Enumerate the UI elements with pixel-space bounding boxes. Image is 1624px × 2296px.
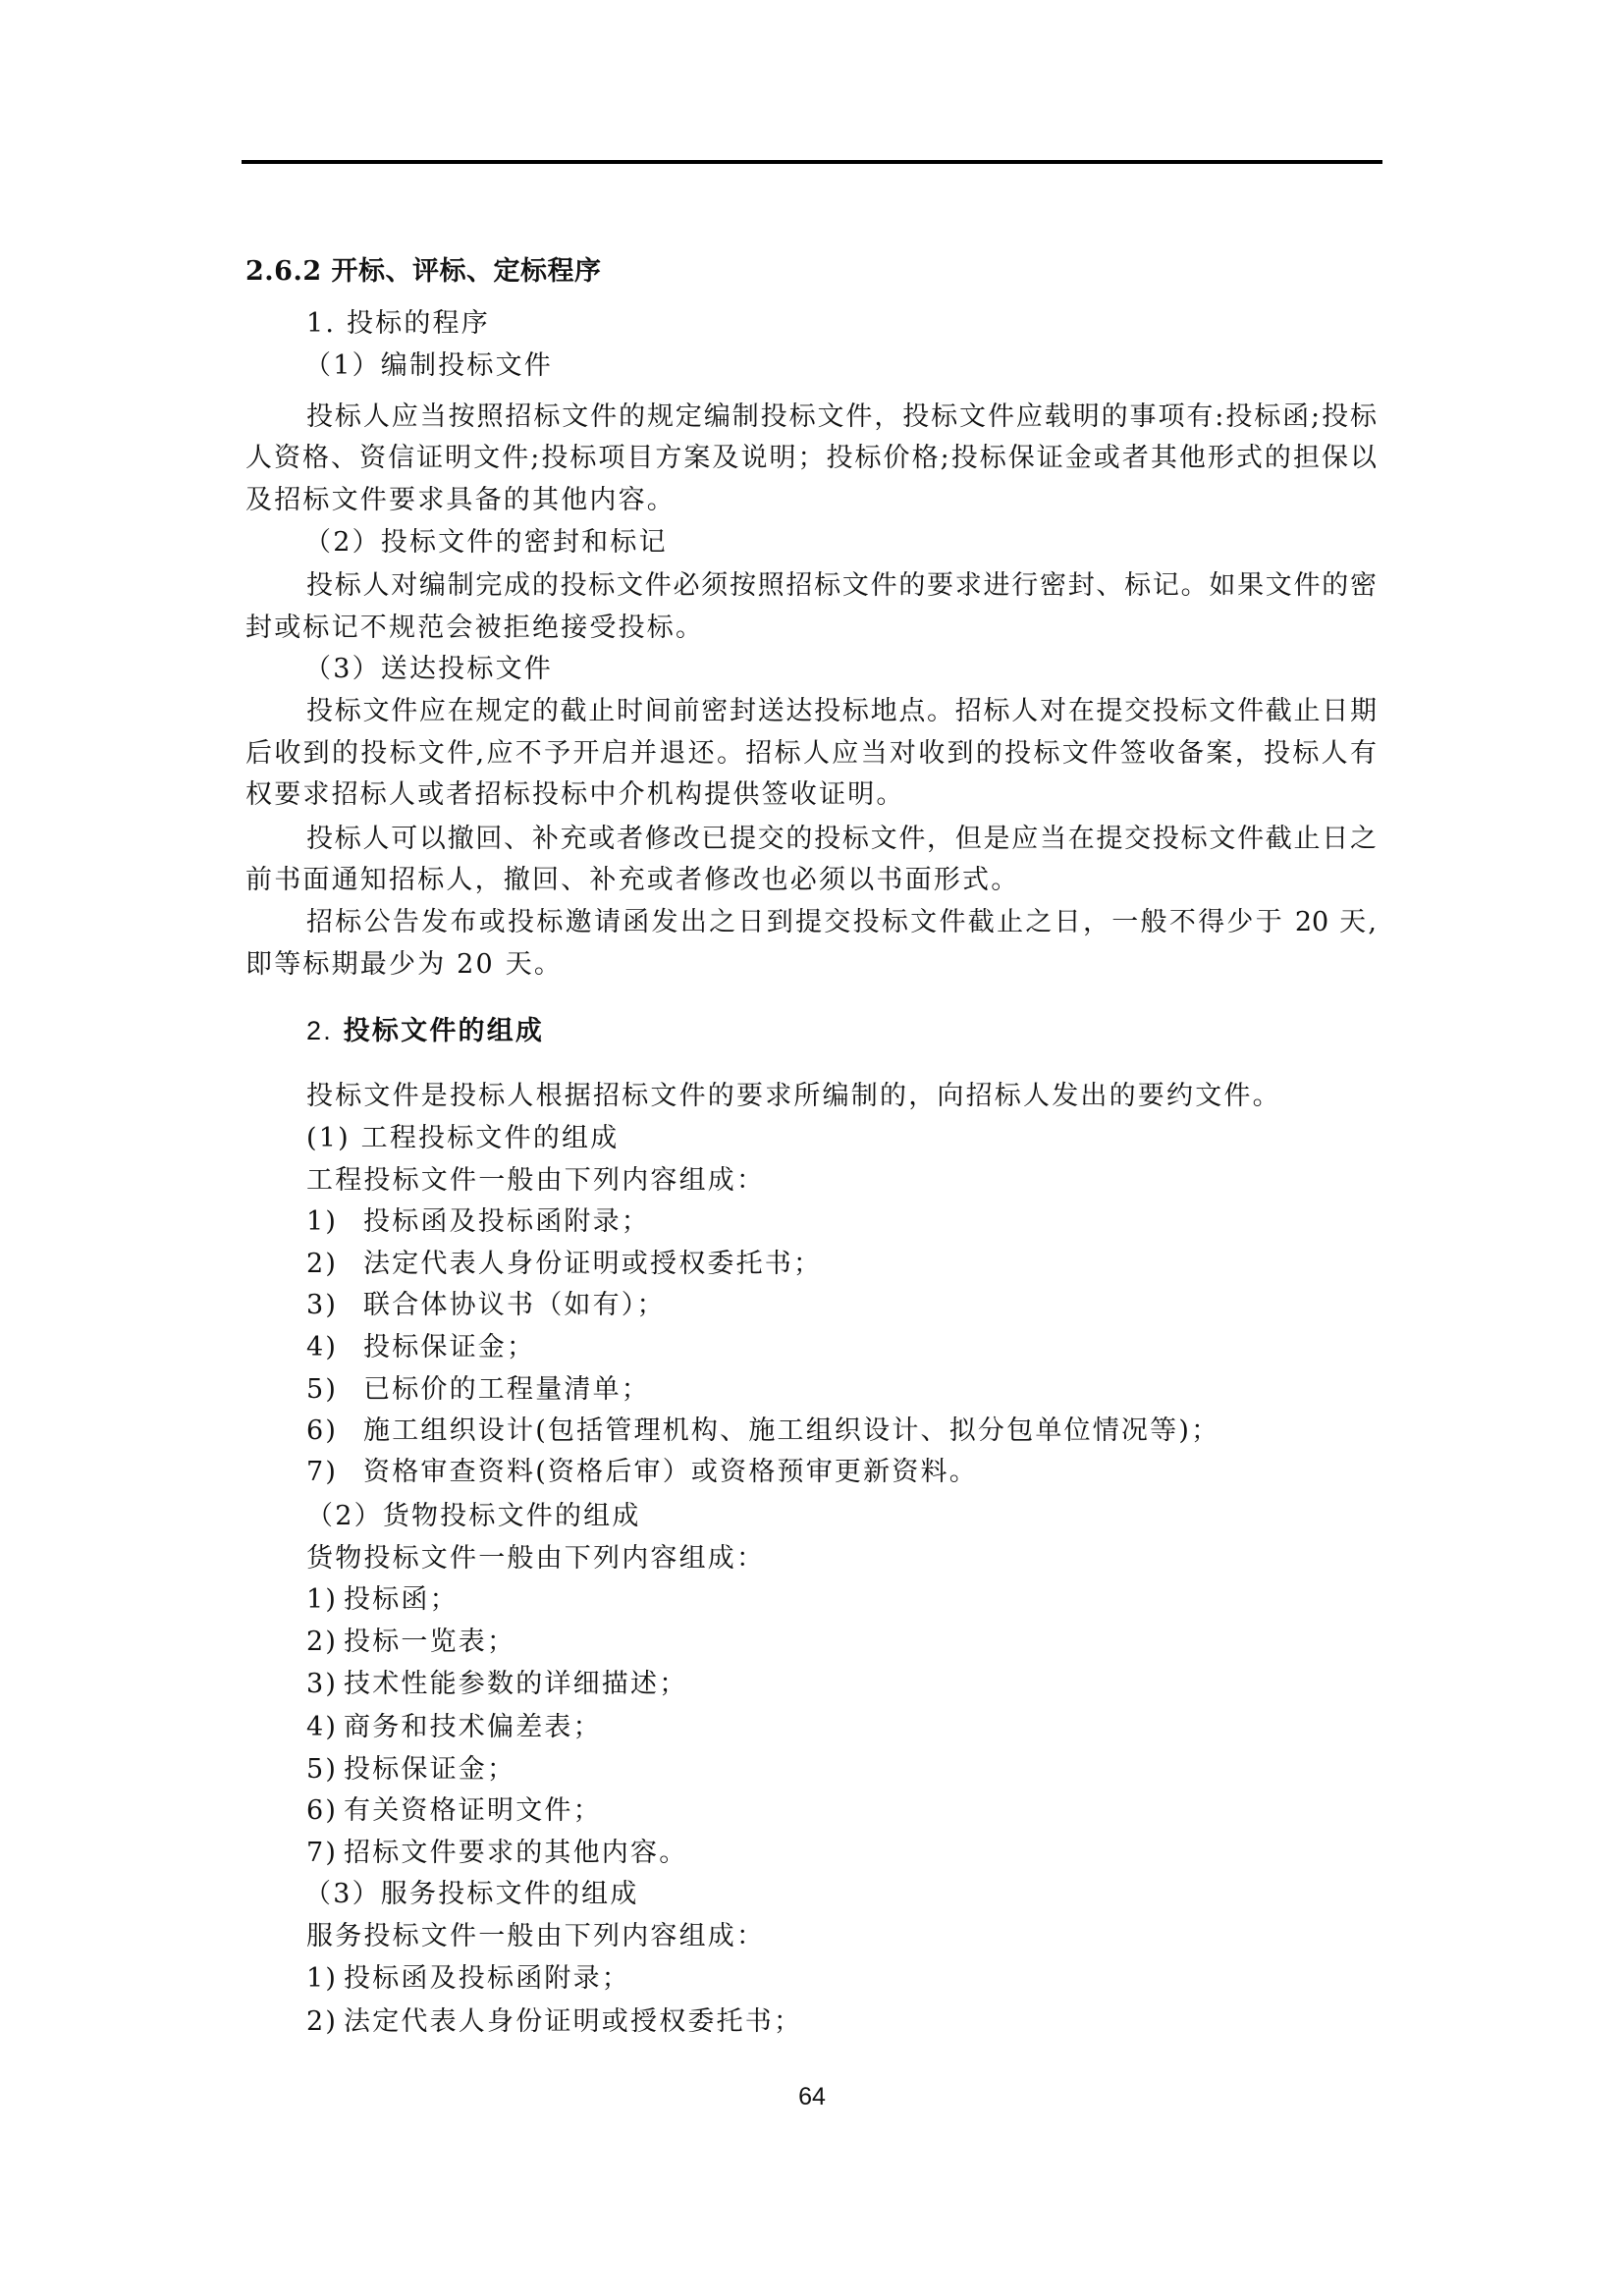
- item-text: 已标价的工程量清单；: [363, 1374, 650, 1405]
- goods-item: 2)投标一览表；: [306, 1627, 515, 1658]
- item-number: 3): [306, 1290, 363, 1321]
- services-lead: 服务投标文件一般由下列内容组成：: [306, 1921, 765, 1952]
- item-text: 资格审查资料(资格后审）或资格预审更新资料。: [363, 1457, 978, 1487]
- goods-lead: 货物投标文件一般由下列内容组成：: [306, 1543, 765, 1575]
- engineering-title: (1) 工程投标文件的组成: [306, 1123, 619, 1154]
- goods-item: 7)招标文件要求的其他内容。: [306, 1838, 687, 1869]
- item-number: 7): [306, 1838, 344, 1869]
- item-number: 2): [306, 2006, 344, 2038]
- sub1-title: （1）编制投标文件: [304, 350, 553, 382]
- item-text: 法定代表人身份证明或授权委托书；: [344, 2006, 802, 2037]
- engineering-item: 3)联合体协议书（如有）；: [306, 1290, 666, 1321]
- sub2-line-1: 投标人对编制完成的投标文件必须按照招标文件的要求进行密封、标记。如果文件的密: [306, 570, 1377, 602]
- engineering-item: 5)已标价的工程量清单；: [306, 1374, 650, 1406]
- sub1-line-1: 投标人应当按照招标文件的规定编制投标文件，投标文件应载明的事项有:投标函;投标: [306, 401, 1377, 433]
- item-text: 投标函；: [344, 1584, 459, 1615]
- part2-title: 2. 投标文件的组成: [306, 1015, 544, 1047]
- sub3-line-5: 前书面通知招标人，撤回、补充或者修改也必须以书面形式。: [245, 865, 1019, 896]
- item-number: 1): [306, 1963, 344, 1995]
- item-number: 5): [306, 1754, 344, 1786]
- item-text: 联合体协议书（如有）；: [363, 1290, 666, 1320]
- item-text: 投标一览表；: [344, 1627, 515, 1657]
- page-number: 64: [0, 2083, 1624, 2111]
- sub1-line-2: 人资格、资信证明文件;投标项目方案及说明；投标价格;投标保证金或者其他形式的担保…: [245, 443, 1377, 474]
- goods-item: 5)投标保证金；: [306, 1754, 515, 1786]
- part2-title-rest: 的组成: [459, 1016, 545, 1046]
- item-text: 商务和技术偏差表；: [344, 1712, 602, 1742]
- item-text: 投标保证金；: [344, 1754, 515, 1785]
- sub3-line-4: 投标人可以撤回、补充或者修改已提交的投标文件，但是应当在提交投标文件截止日之: [306, 824, 1377, 855]
- item-number: 2): [306, 1249, 363, 1280]
- part2-title-bold: 投标文件: [344, 1016, 459, 1046]
- sub2-title: （2）投标文件的密封和标记: [304, 527, 668, 559]
- item-number: 6): [306, 1795, 344, 1827]
- engineering-lead: 工程投标文件一般由下列内容组成：: [306, 1165, 765, 1197]
- item-number: 1): [306, 1584, 344, 1616]
- item-number: 4): [306, 1712, 344, 1743]
- sub3-line-3: 权要求招标人或者招标投标中介机构提供签收证明。: [245, 779, 905, 811]
- item-text: 有关资格证明文件；: [344, 1795, 602, 1826]
- goods-item: 6)有关资格证明文件；: [306, 1795, 602, 1827]
- engineering-item: 1)投标函及投标函附录；: [306, 1206, 650, 1238]
- item-text: 技术性能参数的详细描述；: [344, 1669, 687, 1699]
- goods-item: 3)技术性能参数的详细描述；: [306, 1669, 687, 1700]
- goods-title: （2）货物投标文件的组成: [306, 1501, 641, 1532]
- item-text: 招标文件要求的其他内容。: [344, 1838, 687, 1868]
- item-text: 投标函及投标函附录；: [344, 1963, 630, 1994]
- engineering-item: 2)法定代表人身份证明或授权委托书；: [306, 1249, 822, 1280]
- item-text: 施工组织设计(包括管理机构、施工组织设计、拟分包单位情况等)；: [363, 1415, 1219, 1446]
- item-number: 5): [306, 1374, 363, 1406]
- sub3-line-2: 后收到的投标文件,应不予开启并退还。招标人应当对收到的投标文件签收备案，投标人有: [245, 738, 1377, 770]
- item-text: 法定代表人身份证明或授权委托书；: [363, 1249, 822, 1279]
- item-number: 3): [306, 1669, 344, 1700]
- section-heading: 2.6.2 开标、评标、定标程序: [245, 256, 602, 288]
- item-number: 4): [306, 1332, 363, 1363]
- services-item: 2)法定代表人身份证明或授权委托书；: [306, 2006, 802, 2038]
- item-text: 投标保证金；: [363, 1332, 535, 1362]
- sub2-line-2: 封或标记不规范会被拒绝接受投标。: [245, 613, 704, 644]
- sub3-line-6: 招标公告发布或投标邀请函发出之日到提交投标文件截止之日，一般不得少于 20 天,: [306, 907, 1377, 938]
- item-number: 1): [306, 1206, 363, 1238]
- sub3-title: （3）送达投标文件: [304, 654, 553, 685]
- services-title: （3）服务投标文件的组成: [304, 1879, 639, 1910]
- item-number: 6): [306, 1415, 363, 1447]
- engineering-item: 4)投标保证金；: [306, 1332, 535, 1363]
- sub1-line-3: 及招标文件要求具备的其他内容。: [245, 485, 676, 516]
- services-item: 1)投标函及投标函附录；: [306, 1963, 630, 1995]
- part2-title-num: 2.: [306, 1016, 333, 1045]
- item-number: 2): [306, 1627, 344, 1658]
- engineering-item: 7)资格审查资料(资格后审）或资格预审更新资料。: [306, 1457, 978, 1488]
- goods-item: 4)商务和技术偏差表；: [306, 1712, 602, 1743]
- item-text: 投标函及投标函附录；: [363, 1206, 650, 1237]
- header-rule: [242, 160, 1382, 164]
- part1-title: 1. 投标的程序: [306, 308, 490, 340]
- sub3-line-1: 投标文件应在规定的截止时间前密封送达投标地点。招标人对在提交投标文件截止日期: [306, 696, 1377, 727]
- engineering-item: 6)施工组织设计(包括管理机构、施工组织设计、拟分包单位情况等)；: [306, 1415, 1219, 1447]
- part2-intro: 投标文件是投标人根据招标文件的要求所编制的，向招标人发出的要约文件。: [306, 1081, 1281, 1112]
- item-number: 7): [306, 1457, 363, 1488]
- sub3-line-7: 即等标期最少为 20 天。: [245, 949, 563, 981]
- goods-item: 1)投标函；: [306, 1584, 459, 1616]
